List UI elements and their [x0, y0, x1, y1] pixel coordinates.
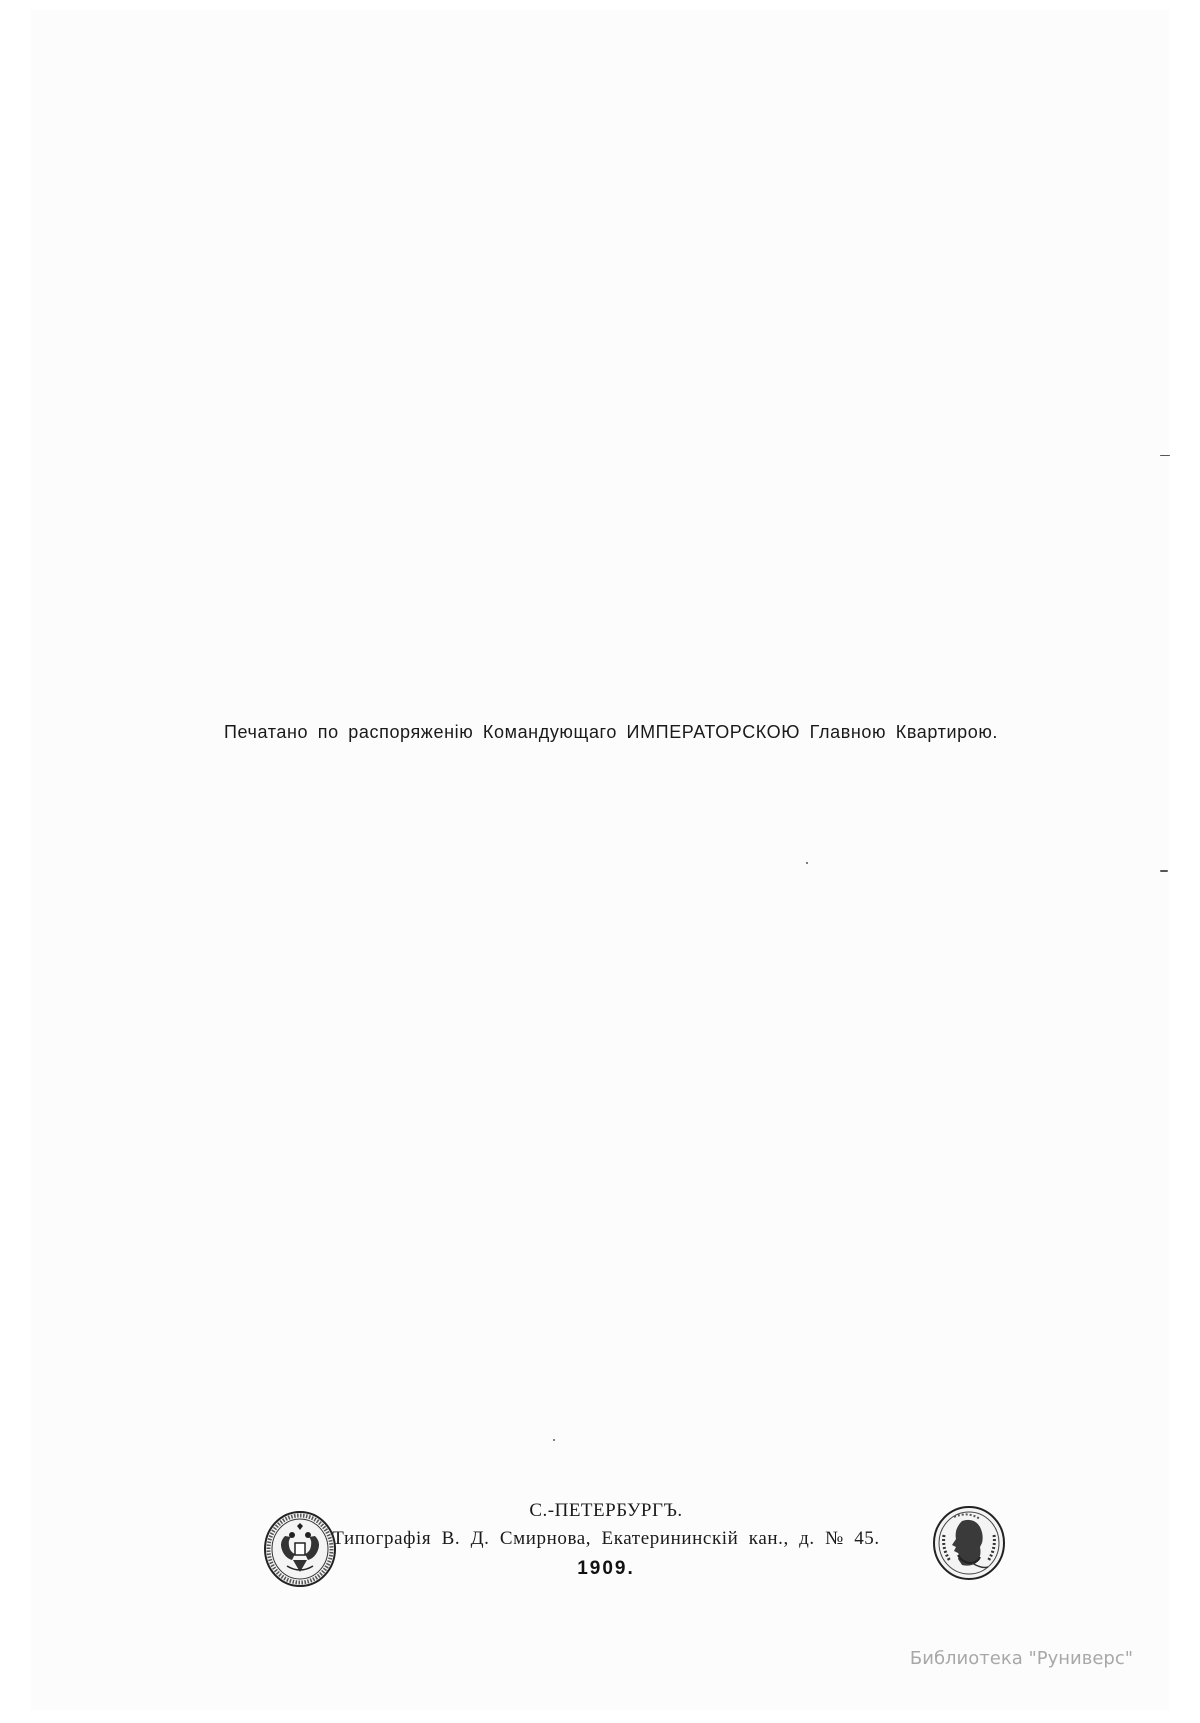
scan-artifact: [1160, 455, 1170, 456]
publication-year: 1909.: [0, 1556, 1200, 1582]
emperor-profile-medal-icon: [932, 1505, 1006, 1581]
printing-house: Типографія В. Д. Смирнова, Екатерининскі…: [0, 1526, 1200, 1552]
scan-artifact: [553, 1439, 555, 1441]
scan-artifact: [1160, 870, 1168, 872]
scanned-page: [31, 10, 1169, 1710]
publication-city: С.-ПЕТЕРБУРГЪ.: [0, 1498, 1200, 1524]
library-watermark: Библиотека "Руниверс": [910, 1648, 1133, 1669]
scan-artifact: [806, 862, 808, 864]
imprint-note: Печатано по распоряженію Командующаго ИМ…: [0, 722, 1200, 743]
publisher-imprint: С.-ПЕТЕРБУРГЪ. Типографія В. Д. Смирнова…: [0, 1498, 1200, 1582]
